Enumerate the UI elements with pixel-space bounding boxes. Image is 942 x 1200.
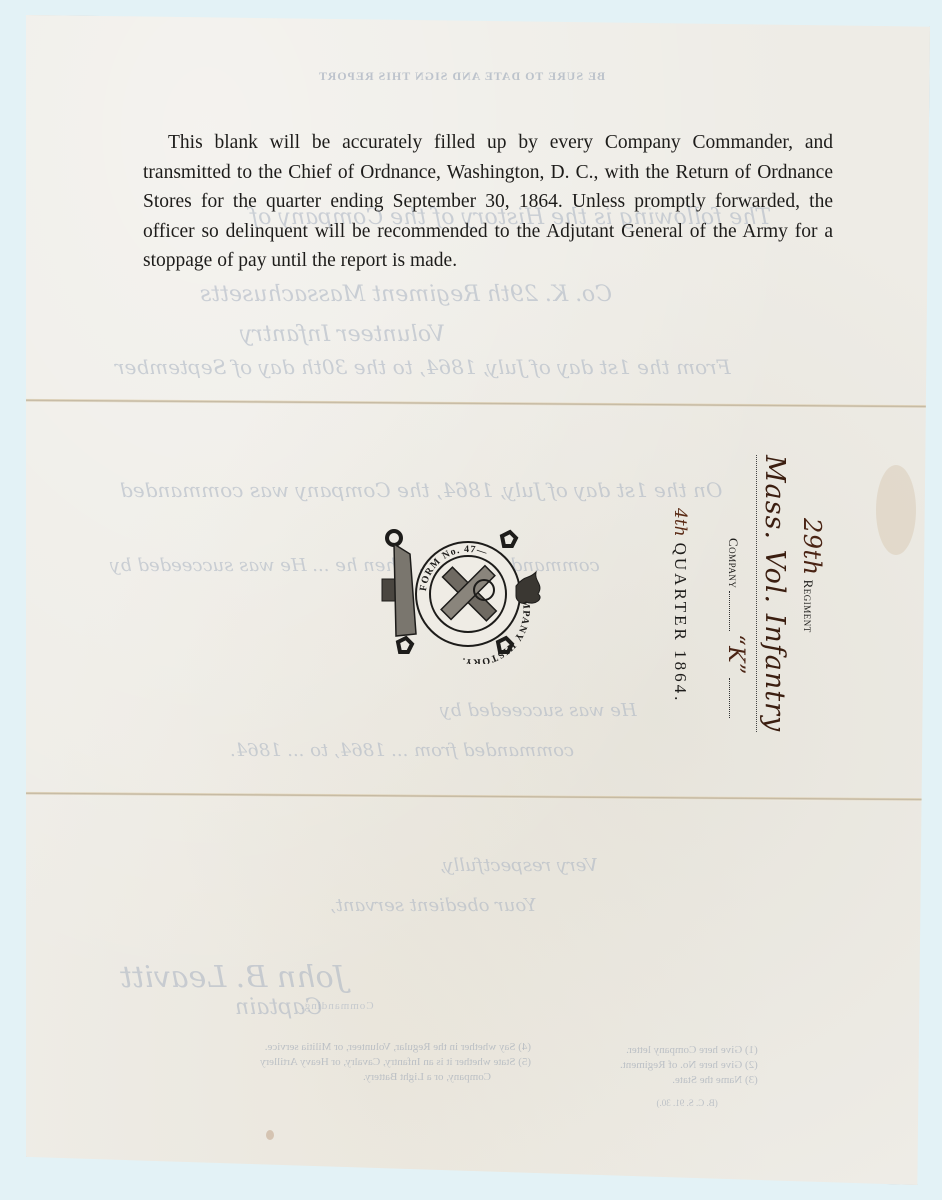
paper-stain	[266, 1130, 274, 1140]
regiment-field: 29thRegiment	[798, 518, 826, 633]
bleed-through-line: commanded from ... 1864, to ... 1864.	[230, 740, 574, 761]
footnotes-right: (1) Give here Company letter. (2) Give h…	[620, 1043, 758, 1111]
bleed-through-closing: Your obedient servant,	[330, 895, 537, 916]
bleed-through-commanding: Commanding.	[300, 1000, 374, 1012]
bleed-through-line: From the 1st day of July, 1864, to the 3…	[115, 355, 731, 379]
regiment-value: 29th	[798, 518, 826, 576]
footnote: (2) Give here No. of Regiment.	[620, 1058, 758, 1073]
paper-stain	[876, 465, 916, 555]
fold-crease-upper	[26, 399, 930, 408]
bleed-through-line: Volunteer Infantry	[240, 322, 445, 347]
footnotes-left: (4) Say whether in the Regular, Voluntee…	[260, 1040, 531, 1085]
ordnance-emblem-icon: FORM No. 47— COMPANY HISTORY.	[376, 524, 546, 664]
bleed-through-line: On the 1st day of July, 1864, the Compan…	[120, 478, 722, 502]
company-field: Company“K”	[723, 538, 748, 721]
bleed-through-closing: Very respectfully,	[440, 855, 598, 876]
company-value: “K”	[723, 634, 748, 674]
bleed-through-header: BE SURE TO DATE AND SIGN THIS REPORT	[318, 69, 605, 84]
notice-paragraph: This blank will be accurately filled up …	[143, 128, 833, 276]
bleed-through-line: He was succeeded by	[440, 700, 637, 721]
quarter-printed: QUARTER 1864.	[671, 543, 690, 704]
quarter-label: 4thQUARTER 1864.	[670, 508, 690, 703]
fold-crease-lower	[26, 792, 930, 801]
footnote: (5) State whether it is an Infantry, Cav…	[260, 1055, 531, 1070]
quarter-handwritten: 4th	[670, 508, 690, 537]
footnote: (1) Give here Company letter.	[620, 1043, 758, 1058]
regiment-label: Regiment	[801, 580, 816, 633]
footnote: (3) Name the State.	[620, 1073, 758, 1088]
form-code: (B. C. S. 91. 30.)	[620, 1096, 758, 1111]
bleed-through-signature: John B. Leavitt	[120, 960, 346, 995]
state-value: Mass. Vol. Infantry	[756, 455, 790, 732]
footnote: Company, or a Light Battery.	[260, 1070, 531, 1085]
footnote: (4) Say whether in the Regular, Voluntee…	[260, 1040, 531, 1055]
bleed-through-line: Co. K. 29th Regiment Massachusetts	[200, 282, 612, 307]
company-label: Company	[726, 538, 741, 588]
